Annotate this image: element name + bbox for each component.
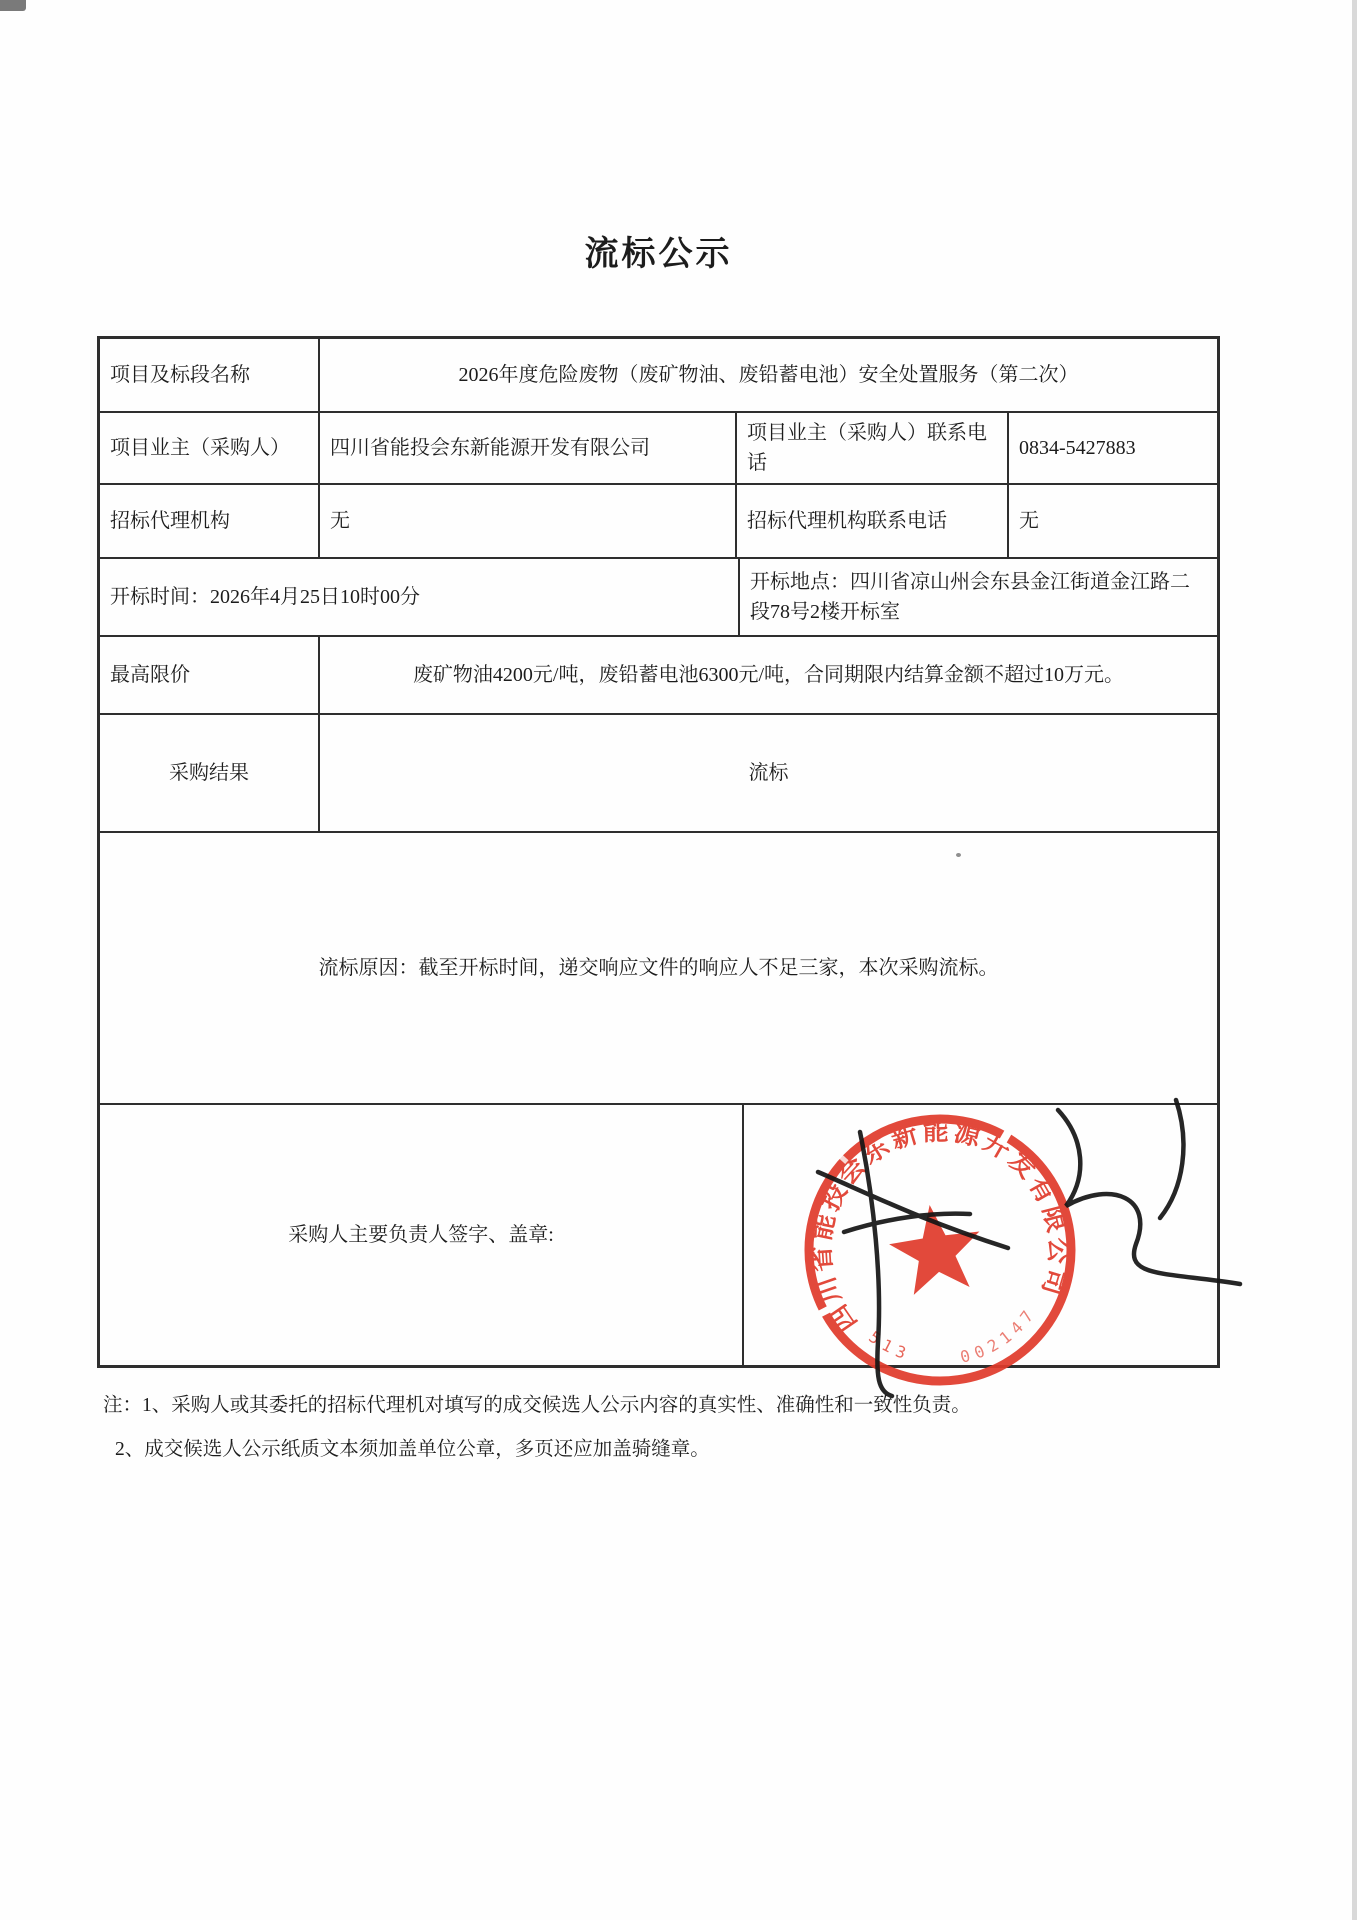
table-row-agency: 招标代理机构 无 招标代理机构联系电话 无 bbox=[100, 483, 1217, 557]
price-cap-label: 最高限价 bbox=[100, 637, 318, 713]
table-row-failure-reason: 流标原因：截至开标时间，递交响应文件的响应人不足三家，本次采购流标。 bbox=[100, 831, 1217, 1103]
table-row-owner: 项目业主（采购人） 四川省能投会东新能源开发有限公司 项目业主（采购人）联系电话… bbox=[100, 411, 1217, 483]
owner-phone-label: 项目业主（采购人）联系电话 bbox=[735, 413, 1007, 483]
table-row-opening: 开标时间：2026年4月25日10时00分 开标地点：四川省凉山州会东县金江街道… bbox=[100, 557, 1217, 635]
opening-location: 开标地点：四川省凉山州会东县金江街道金江路二段78号2楼开标室 bbox=[738, 559, 1217, 635]
project-name-label: 项目及标段名称 bbox=[100, 339, 318, 411]
table-row-price-cap: 最高限价 废矿物油4200元/吨，废铅蓄电池6300元/吨，合同期限内结算金额不… bbox=[100, 635, 1217, 713]
agency-value: 无 bbox=[318, 485, 735, 557]
price-cap-value: 废矿物油4200元/吨，废铅蓄电池6300元/吨，合同期限内结算金额不超过10万… bbox=[318, 637, 1217, 713]
result-label: 采购结果 bbox=[100, 715, 318, 831]
page-title: 流标公示 bbox=[97, 226, 1220, 275]
seal-serial-right: 002147 bbox=[953, 1300, 1047, 1367]
note-line-2: 2、成交候选人公示纸质文本须加盖单位公章，多页还应加盖骑缝章。 bbox=[103, 1436, 1253, 1464]
signature-label: 采购人主要负责人签字、盖章: bbox=[100, 1105, 742, 1365]
project-name-value: 2026年度危险废物（废矿物油、废铅蓄电池）安全处置服务（第二次） bbox=[318, 339, 1217, 411]
table-row-project: 项目及标段名称 2026年度危险废物（废矿物油、废铅蓄电池）安全处置服务（第二次… bbox=[100, 339, 1217, 411]
agency-phone-label: 招标代理机构联系电话 bbox=[735, 485, 1007, 557]
failure-reason-value: 流标原因：截至开标时间，递交响应文件的响应人不足三家，本次采购流标。 bbox=[100, 833, 1217, 1103]
owner-value: 四川省能投会东新能源开发有限公司 bbox=[318, 413, 735, 483]
result-value: 流标 bbox=[318, 715, 1217, 831]
footer-notes: 注：1、采购人或其委托的招标代理机对填写的成交候选人公示内容的真实性、准确性和一… bbox=[103, 1392, 1253, 1481]
seal-star-icon bbox=[884, 1199, 986, 1298]
agency-phone-value: 无 bbox=[1007, 485, 1217, 557]
svg-text:002147: 002147 bbox=[953, 1300, 1047, 1367]
table-row-result: 采购结果 流标 bbox=[100, 713, 1217, 831]
scan-artifact-corner bbox=[0, 0, 26, 11]
company-seal-stamp: 四川省能投会东新能源开发有限公司 513 002147 bbox=[790, 1100, 1090, 1400]
scanned-document-page: 流标公示 项目及标段名称 2026年度危险废物（废矿物油、废铅蓄电池）安全处置服… bbox=[0, 0, 1357, 1920]
owner-label: 项目业主（采购人） bbox=[100, 413, 318, 483]
scan-artifact-edge bbox=[1352, 0, 1357, 1920]
agency-label: 招标代理机构 bbox=[100, 485, 318, 557]
note-line-1: 注：1、采购人或其委托的招标代理机对填写的成交候选人公示内容的真实性、准确性和一… bbox=[103, 1392, 1253, 1420]
owner-phone-value: 0834-5427883 bbox=[1007, 413, 1217, 483]
opening-time: 开标时间：2026年4月25日10时00分 bbox=[100, 559, 738, 635]
